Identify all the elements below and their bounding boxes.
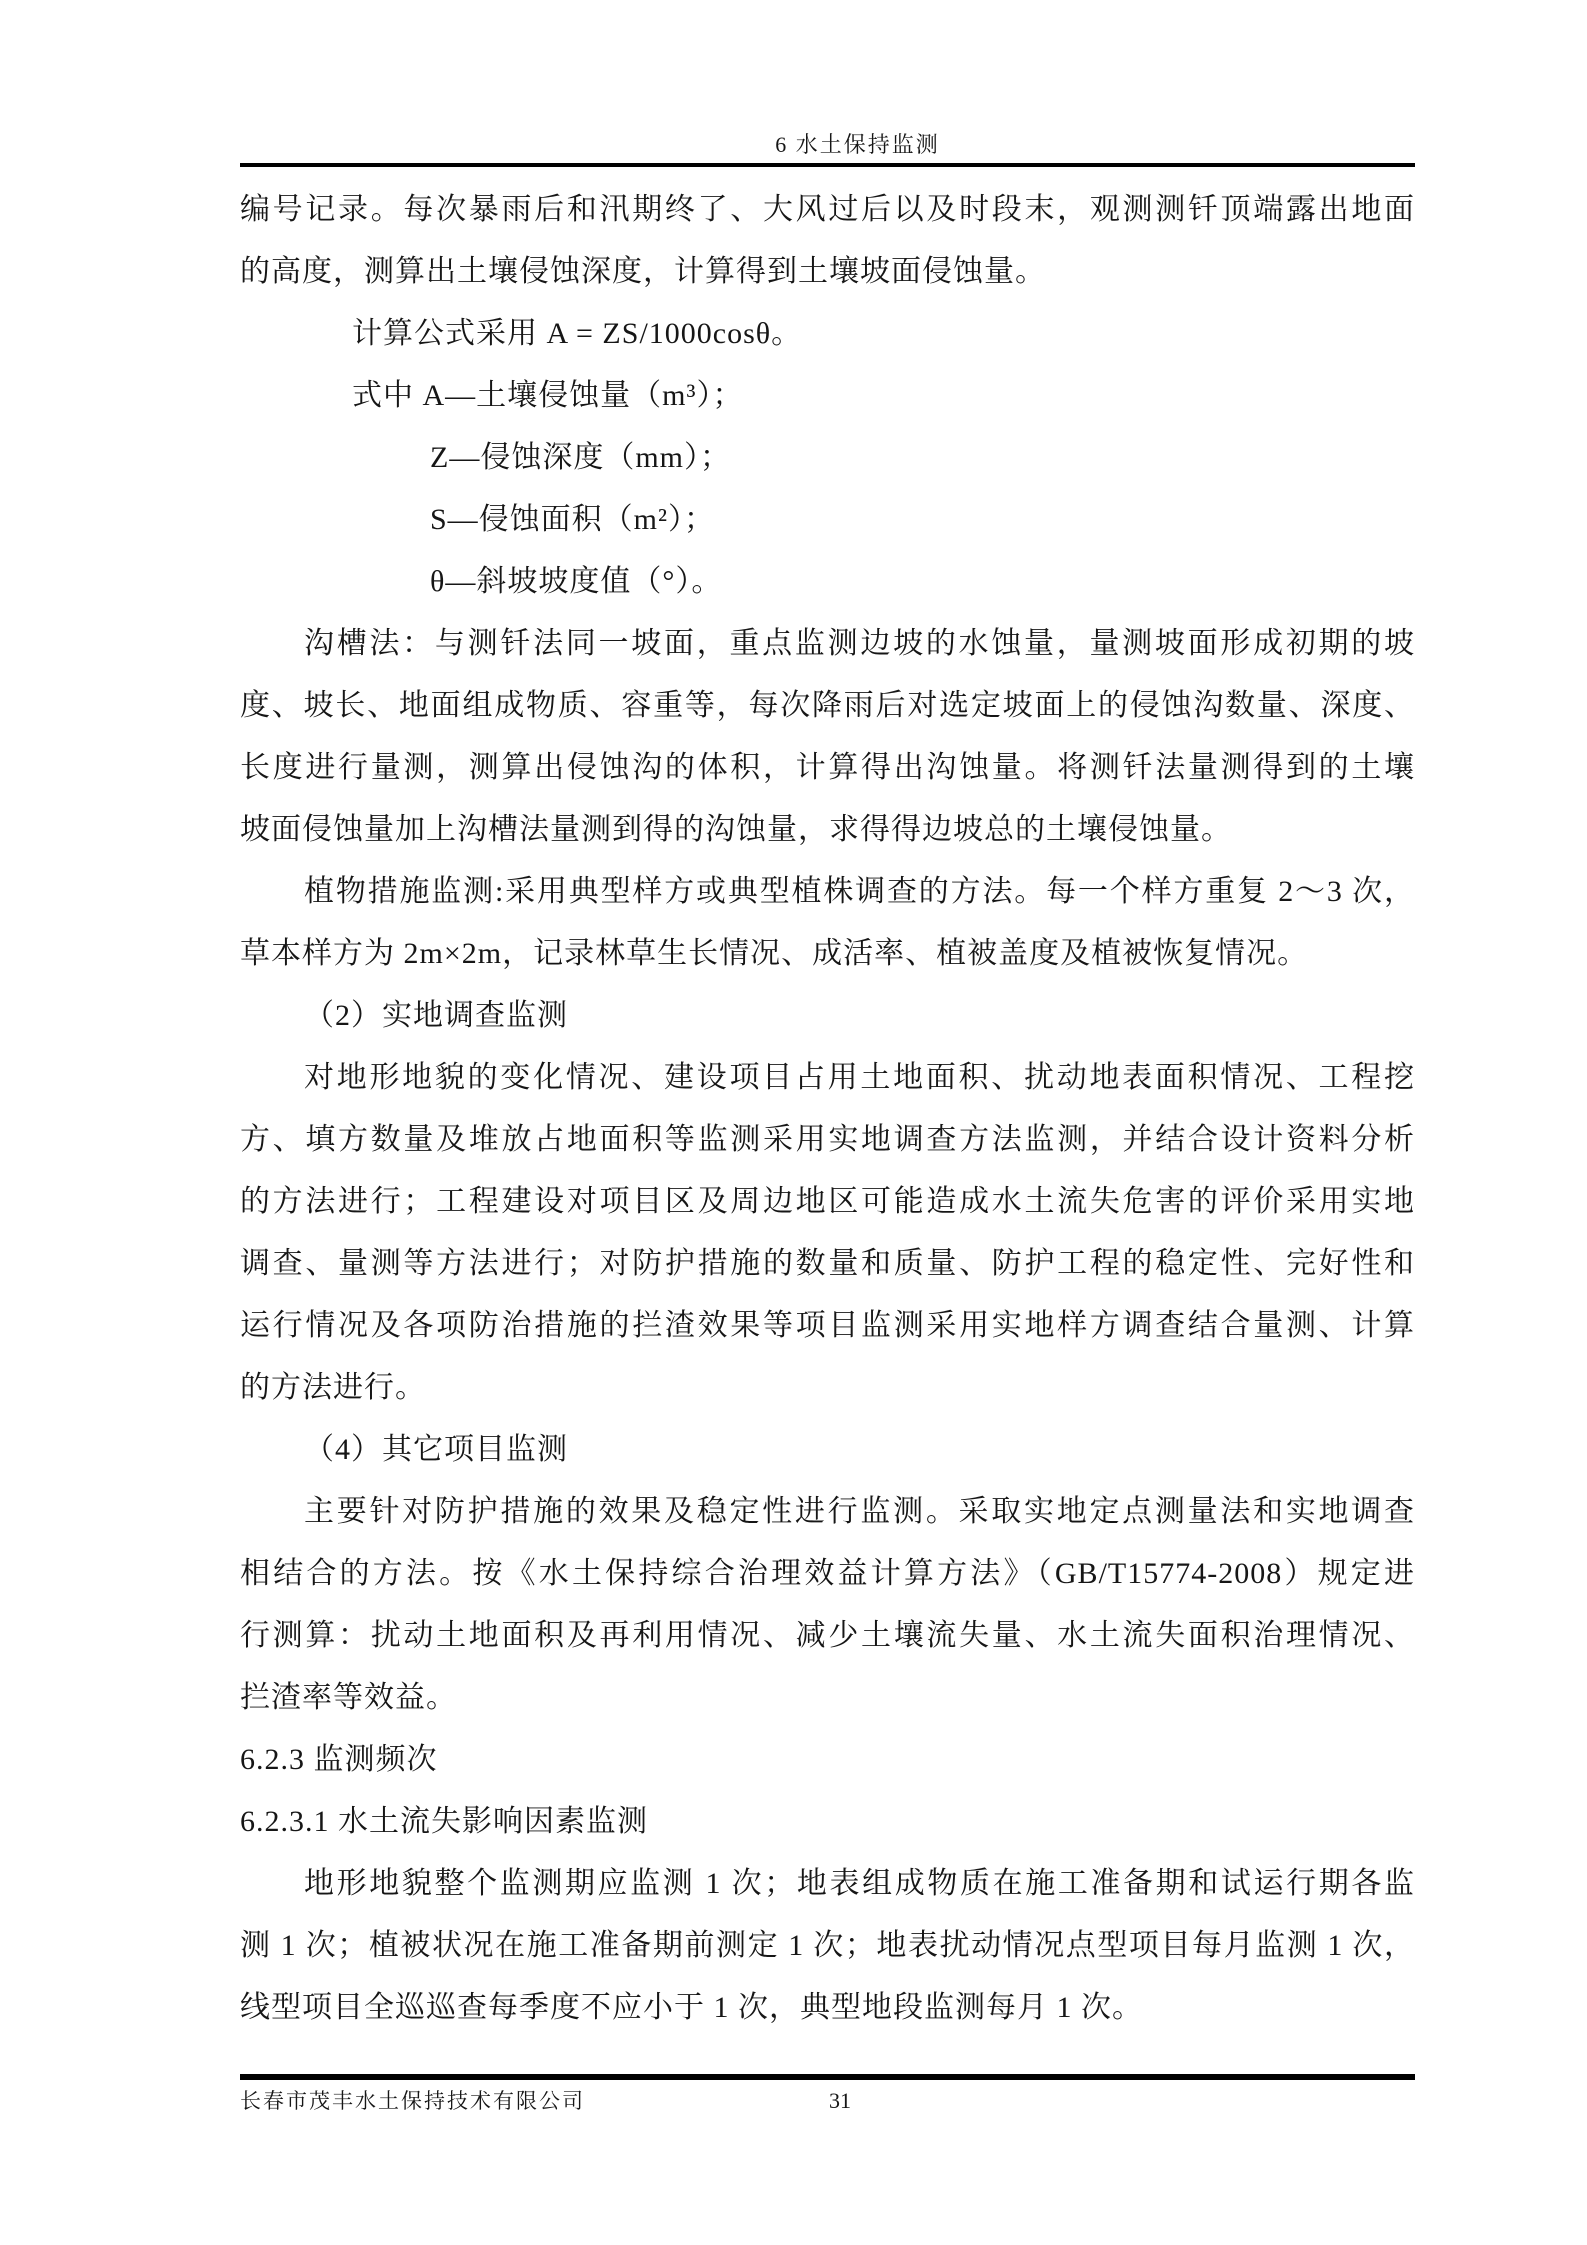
text-line: 主要针对防护措施的效果及稳定性进行监测。采取实地定点测量法和实地调查	[240, 1481, 1415, 1543]
text-line: 调查、量测等方法进行；对防护措施的数量和质量、防护工程的稳定性、完好性和	[240, 1233, 1415, 1295]
text-line: 地形地貌整个监测期应监测 1 次；地表组成物质在施工准备期和试运行期各监	[240, 1853, 1415, 1915]
text-line: 沟槽法：与测钎法同一坡面，重点监测边坡的水蚀量，量测坡面形成初期的坡	[240, 613, 1415, 675]
text-line: （2）实地调查监测	[240, 985, 1415, 1047]
page-number: 31	[800, 2086, 880, 2116]
text-line: 测 1 次；植被状况在施工准备期前测定 1 次；地表扰动情况点型项目每月监测 1…	[240, 1915, 1415, 1977]
document-body: 编号记录。每次暴雨后和汛期终了、大风过后以及时段末，观测测钎顶端露出地面的高度，…	[240, 179, 1415, 2039]
header-rule	[240, 163, 1415, 167]
text-line: 运行情况及各项防治措施的拦渣效果等项目监测采用实地样方调查结合量测、计算	[240, 1295, 1415, 1357]
text-line: θ—斜坡坡度值（°）。	[240, 551, 1415, 613]
text-line: （4）其它项目监测	[240, 1419, 1415, 1481]
text-line: 6.2.3 监测频次	[240, 1729, 1415, 1791]
footer-company: 长春市茂丰水土保持技术有限公司	[240, 2086, 585, 2116]
text-line: 计算公式采用 A = ZS/1000cosθ。	[240, 303, 1415, 365]
text-line: 式中 A—土壤侵蚀量（m³）；	[240, 365, 1415, 427]
text-line: 的方法进行；工程建设对项目区及周边地区可能造成水土流失危害的评价采用实地	[240, 1171, 1415, 1233]
text-line: 线型项目全巡巡查每季度不应小于 1 次，典型地段监测每月 1 次。	[240, 1977, 1415, 2039]
text-line: 坡面侵蚀量加上沟槽法量测到得的沟蚀量，求得得边坡总的土壤侵蚀量。	[240, 799, 1415, 861]
text-line: 6.2.3.1 水土流失影响因素监测	[240, 1791, 1415, 1853]
text-line: 行测算：扰动土地面积及再利用情况、减少土壤流失量、水土流失面积治理情况、	[240, 1605, 1415, 1667]
text-line: 对地形地貌的变化情况、建设项目占用土地面积、扰动地表面积情况、工程挖	[240, 1047, 1415, 1109]
text-line: 相结合的方法。按《水土保持综合治理效益计算方法》（GB/T15774-2008）…	[240, 1543, 1415, 1605]
text-line: 草本样方为 2m×2m，记录林草生长情况、成活率、植被盖度及植被恢复情况。	[240, 923, 1415, 985]
text-line: 编号记录。每次暴雨后和汛期终了、大风过后以及时段末，观测测钎顶端露出地面	[240, 179, 1415, 241]
text-line: 的高度，测算出土壤侵蚀深度，计算得到土壤坡面侵蚀量。	[240, 241, 1415, 303]
text-line: Z—侵蚀深度（mm）；	[240, 427, 1415, 489]
text-line: 拦渣率等效益。	[240, 1667, 1415, 1729]
page-header-title: 6 水土保持监测	[270, 131, 1445, 159]
text-line: 的方法进行。	[240, 1357, 1415, 1419]
text-line: 植物措施监测:采用典型样方或典型植株调查的方法。每一个样方重复 2～3 次，	[240, 861, 1415, 923]
document-page: 6 水土保持监测 编号记录。每次暴雨后和汛期终了、大风过后以及时段末，观测测钎顶…	[0, 0, 1587, 2245]
text-line: 度、坡长、地面组成物质、容重等，每次降雨后对选定坡面上的侵蚀沟数量、深度、	[240, 675, 1415, 737]
text-line: 长度进行量测，测算出侵蚀沟的体积，计算得出沟蚀量。将测钎法量测得到的土壤	[240, 737, 1415, 799]
footer-rule	[240, 2074, 1415, 2080]
text-line: S—侵蚀面积（m²）；	[240, 489, 1415, 551]
text-line: 方、填方数量及堆放占地面积等监测采用实地调查方法监测，并结合设计资料分析	[240, 1109, 1415, 1171]
